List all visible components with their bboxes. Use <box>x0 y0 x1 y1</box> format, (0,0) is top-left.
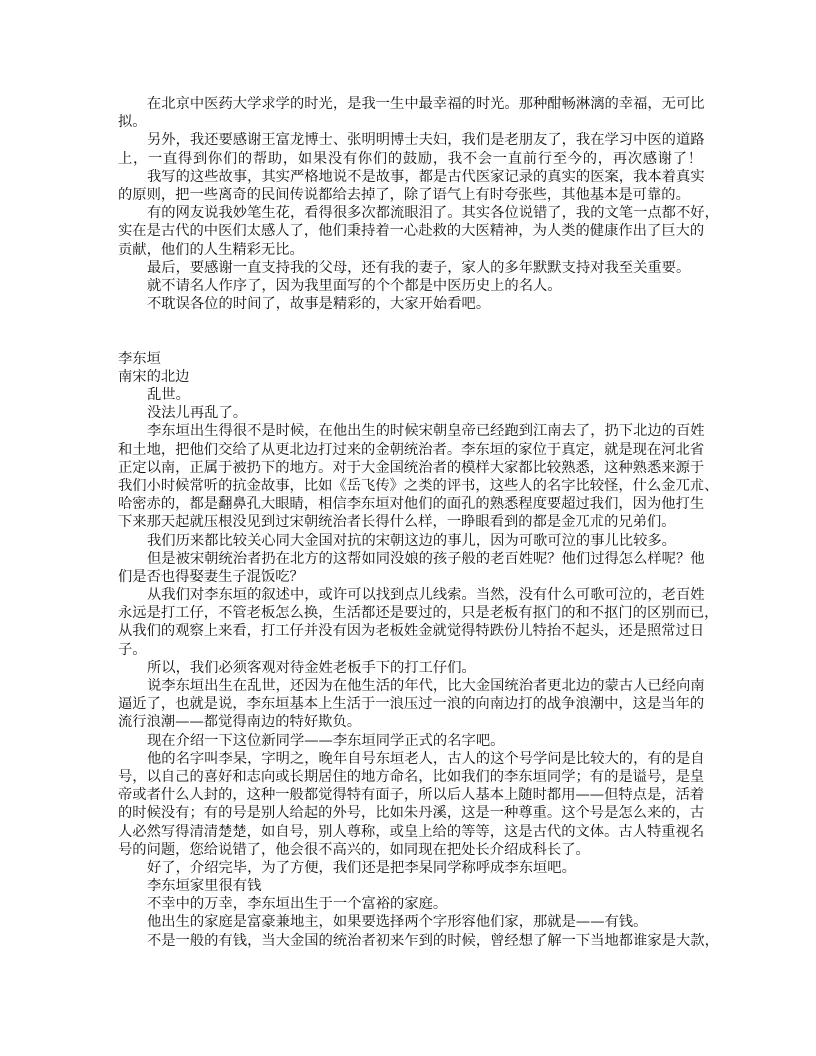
paragraph-line: 现在介绍一下这位新同学——李东垣同学正式的名字吧。 <box>118 732 702 750</box>
paragraph-line: 说李东垣出生在乱世，还因为在他生活的年代，比大金国统治者更北边的蒙古人已经向南 <box>118 677 702 695</box>
paragraph-line: 我写的这些故事，其实严格地说不是故事，都是古代医家记录的真实的医案，我本着真实 <box>118 168 702 186</box>
paragraph-line: 子。 <box>118 641 702 659</box>
paragraph-line: 和土地，把他们交给了从更北边打过来的金朝统治者。李东垣的家位于真定，就是现在河北… <box>118 441 702 459</box>
paragraph-line: 他出生的家庭是富豪兼地主，如果要选择两个字形容他们家，那就是——有钱。 <box>118 913 702 931</box>
paragraph-line: 实在是古代的中医们太感人了，他们秉持着一心赴救的大医精神，为人类的健康作出了巨大… <box>118 222 702 240</box>
paragraph-line: 他的名字叫李杲，字明之，晚年自号东垣老人，古人的这个号学问是比较大的，有的是自 <box>118 750 702 768</box>
paragraph-line: 好了，介绍完毕，为了方便，我们还是把李杲同学称呼成李东垣吧。 <box>118 859 702 877</box>
paragraph-line: 李东垣家里很有钱 <box>118 877 702 895</box>
paragraph-line: 不幸中的万幸，李东垣出生于一个富裕的家庭。 <box>118 895 702 913</box>
preface-section: 在北京中医药大学求学的时光，是我一生中最幸福的时光。那种酣畅淋漓的幸福，无可比拟… <box>118 95 702 313</box>
paragraph-line: 但是被宋朝统治者扔在北方的这帮如同没娘的孩子般的老百姓呢？他们过得怎么样呢？他 <box>118 550 702 568</box>
paragraph-line: 李东垣出生得很不是时候，在他出生的时候宋朝皇帝已经跑到江南去了，扔下北边的百姓 <box>118 422 702 440</box>
paragraph-line: 最后，要感谢一直支持我的父母，还有我的妻子，家人的多年默默支持对我至关重要。 <box>118 259 702 277</box>
paragraph-line: 贡献，他们的人生精彩无比。 <box>118 241 702 259</box>
paragraph-line: 哈密赤的，都是翻鼻孔大眼睛，相信李东垣对他们的面孔的熟悉程度要超过我们，因为他打… <box>118 495 702 513</box>
paragraph-line: 帝或者什么人封的，这种一般都觉得特有面子，所以后人基本上随时都用——但特点是，活… <box>118 786 702 804</box>
paragraph-line: 不耽误各位的时间了，故事是精彩的，大家开始看吧。 <box>118 295 702 313</box>
paragraph-line: 有的网友说我妙笔生花，看得很多次都流眼泪了。其实各位说错了，我的文笔一点都不好， <box>118 204 702 222</box>
document-page: 在北京中医药大学求学的时光，是我一生中最幸福的时光。那种酣畅淋漓的幸福，无可比拟… <box>118 95 702 950</box>
paragraph-line: 我们历来都比较关心同大金国对抗的宋朝这边的事儿，因为可歌可泣的事儿比较多。 <box>118 532 702 550</box>
paragraph-line: 拟。 <box>118 113 702 131</box>
section-title: 南宋的北边 <box>118 368 702 386</box>
paragraph-line: 号，以自己的喜好和志向或长期居住的地方命名，比如我们的李东垣同学；有的是谥号，是… <box>118 768 702 786</box>
chapter-body: 乱世。没法儿再乱了。李东垣出生得很不是时候，在他出生的时候宋朝皇帝已经跑到江南去… <box>118 386 702 950</box>
paragraph-line: 的原则，把一些离奇的民间传说都给去掉了，除了语气上有时夸张些，其他基本是可靠的。 <box>118 186 702 204</box>
paragraph-line: 正定以南，正属于被扔下的地方。对于大金国统治者的模样大家都比较熟悉，这种熟悉来源… <box>118 459 702 477</box>
paragraph-line: 我们小时候常听的抗金故事，比如《岳飞传》之类的评书，这些人的名字比较怪，什么金兀… <box>118 477 702 495</box>
paragraph-line: 在北京中医药大学求学的时光，是我一生中最幸福的时光。那种酣畅淋漓的幸福，无可比 <box>118 95 702 113</box>
paragraph-line: 乱世。 <box>118 386 702 404</box>
chapter-title: 李东垣 <box>118 350 702 368</box>
blank-line <box>118 313 702 331</box>
paragraph-line: 就不请名人作序了，因为我里面写的个个都是中医历史上的名人。 <box>118 277 702 295</box>
paragraph-line: 号的问题，您给说错了，他会很不高兴的，如同现在把处长介绍成科长了。 <box>118 841 702 859</box>
paragraph-line: 所以，我们必须客观对待金姓老板手下的打工仔们。 <box>118 659 702 677</box>
paragraph-line: 没法儿再乱了。 <box>118 404 702 422</box>
paragraph-line: 流行浪潮——都觉得南边的特好欺负。 <box>118 713 702 731</box>
paragraph-line: 从我们对李东垣的叙述中，或许可以找到点儿线索。当然，没有什么可歌可泣的，老百姓 <box>118 586 702 604</box>
paragraph-line: 逼近了，也就是说，李东垣基本上生活于一浪压过一浪的向南边打的战争浪潮中，这是当年… <box>118 695 702 713</box>
blank-line <box>118 331 702 349</box>
paragraph-line: 的时候没有；有的号是别人给起的外号，比如朱丹溪，这是一种尊重。这个号是怎么来的，… <box>118 804 702 822</box>
paragraph-line: 从我们的观察上来看，打工仔并没有因为老板姓金就觉得特跌份儿特抬不起头，还是照常过… <box>118 622 702 640</box>
paragraph-line: 下来那天起就压根没见到过宋朝统治者长得什么样，一睁眼看到的都是金兀朮的兄弟们。 <box>118 513 702 531</box>
paragraph-line: 另外，我还要感谢王富龙博士、张明明博士夫妇，我们是老朋友了，我在学习中医的道路 <box>118 131 702 149</box>
paragraph-line: 不是一般的有钱，当大金国的统治者初来乍到的时候，曾经想了解一下当地都谁家是大款， <box>118 932 702 950</box>
paragraph-line: 们是否也得娶妻生子混饭吃？ <box>118 568 702 586</box>
paragraph-line: 上，一直得到你们的帮助，如果没有你们的鼓励，我不会一直前行至今的，再次感谢了！ <box>118 150 702 168</box>
paragraph-line: 人必然写得清清楚楚，如自号，别人尊称，或皇上给的等等，这是古代的文体。古人特重视… <box>118 823 702 841</box>
paragraph-line: 永远是打工仔，不管老板怎么换，生活都还是要过的，只是老板有抠门的和不抠门的区别而… <box>118 604 702 622</box>
